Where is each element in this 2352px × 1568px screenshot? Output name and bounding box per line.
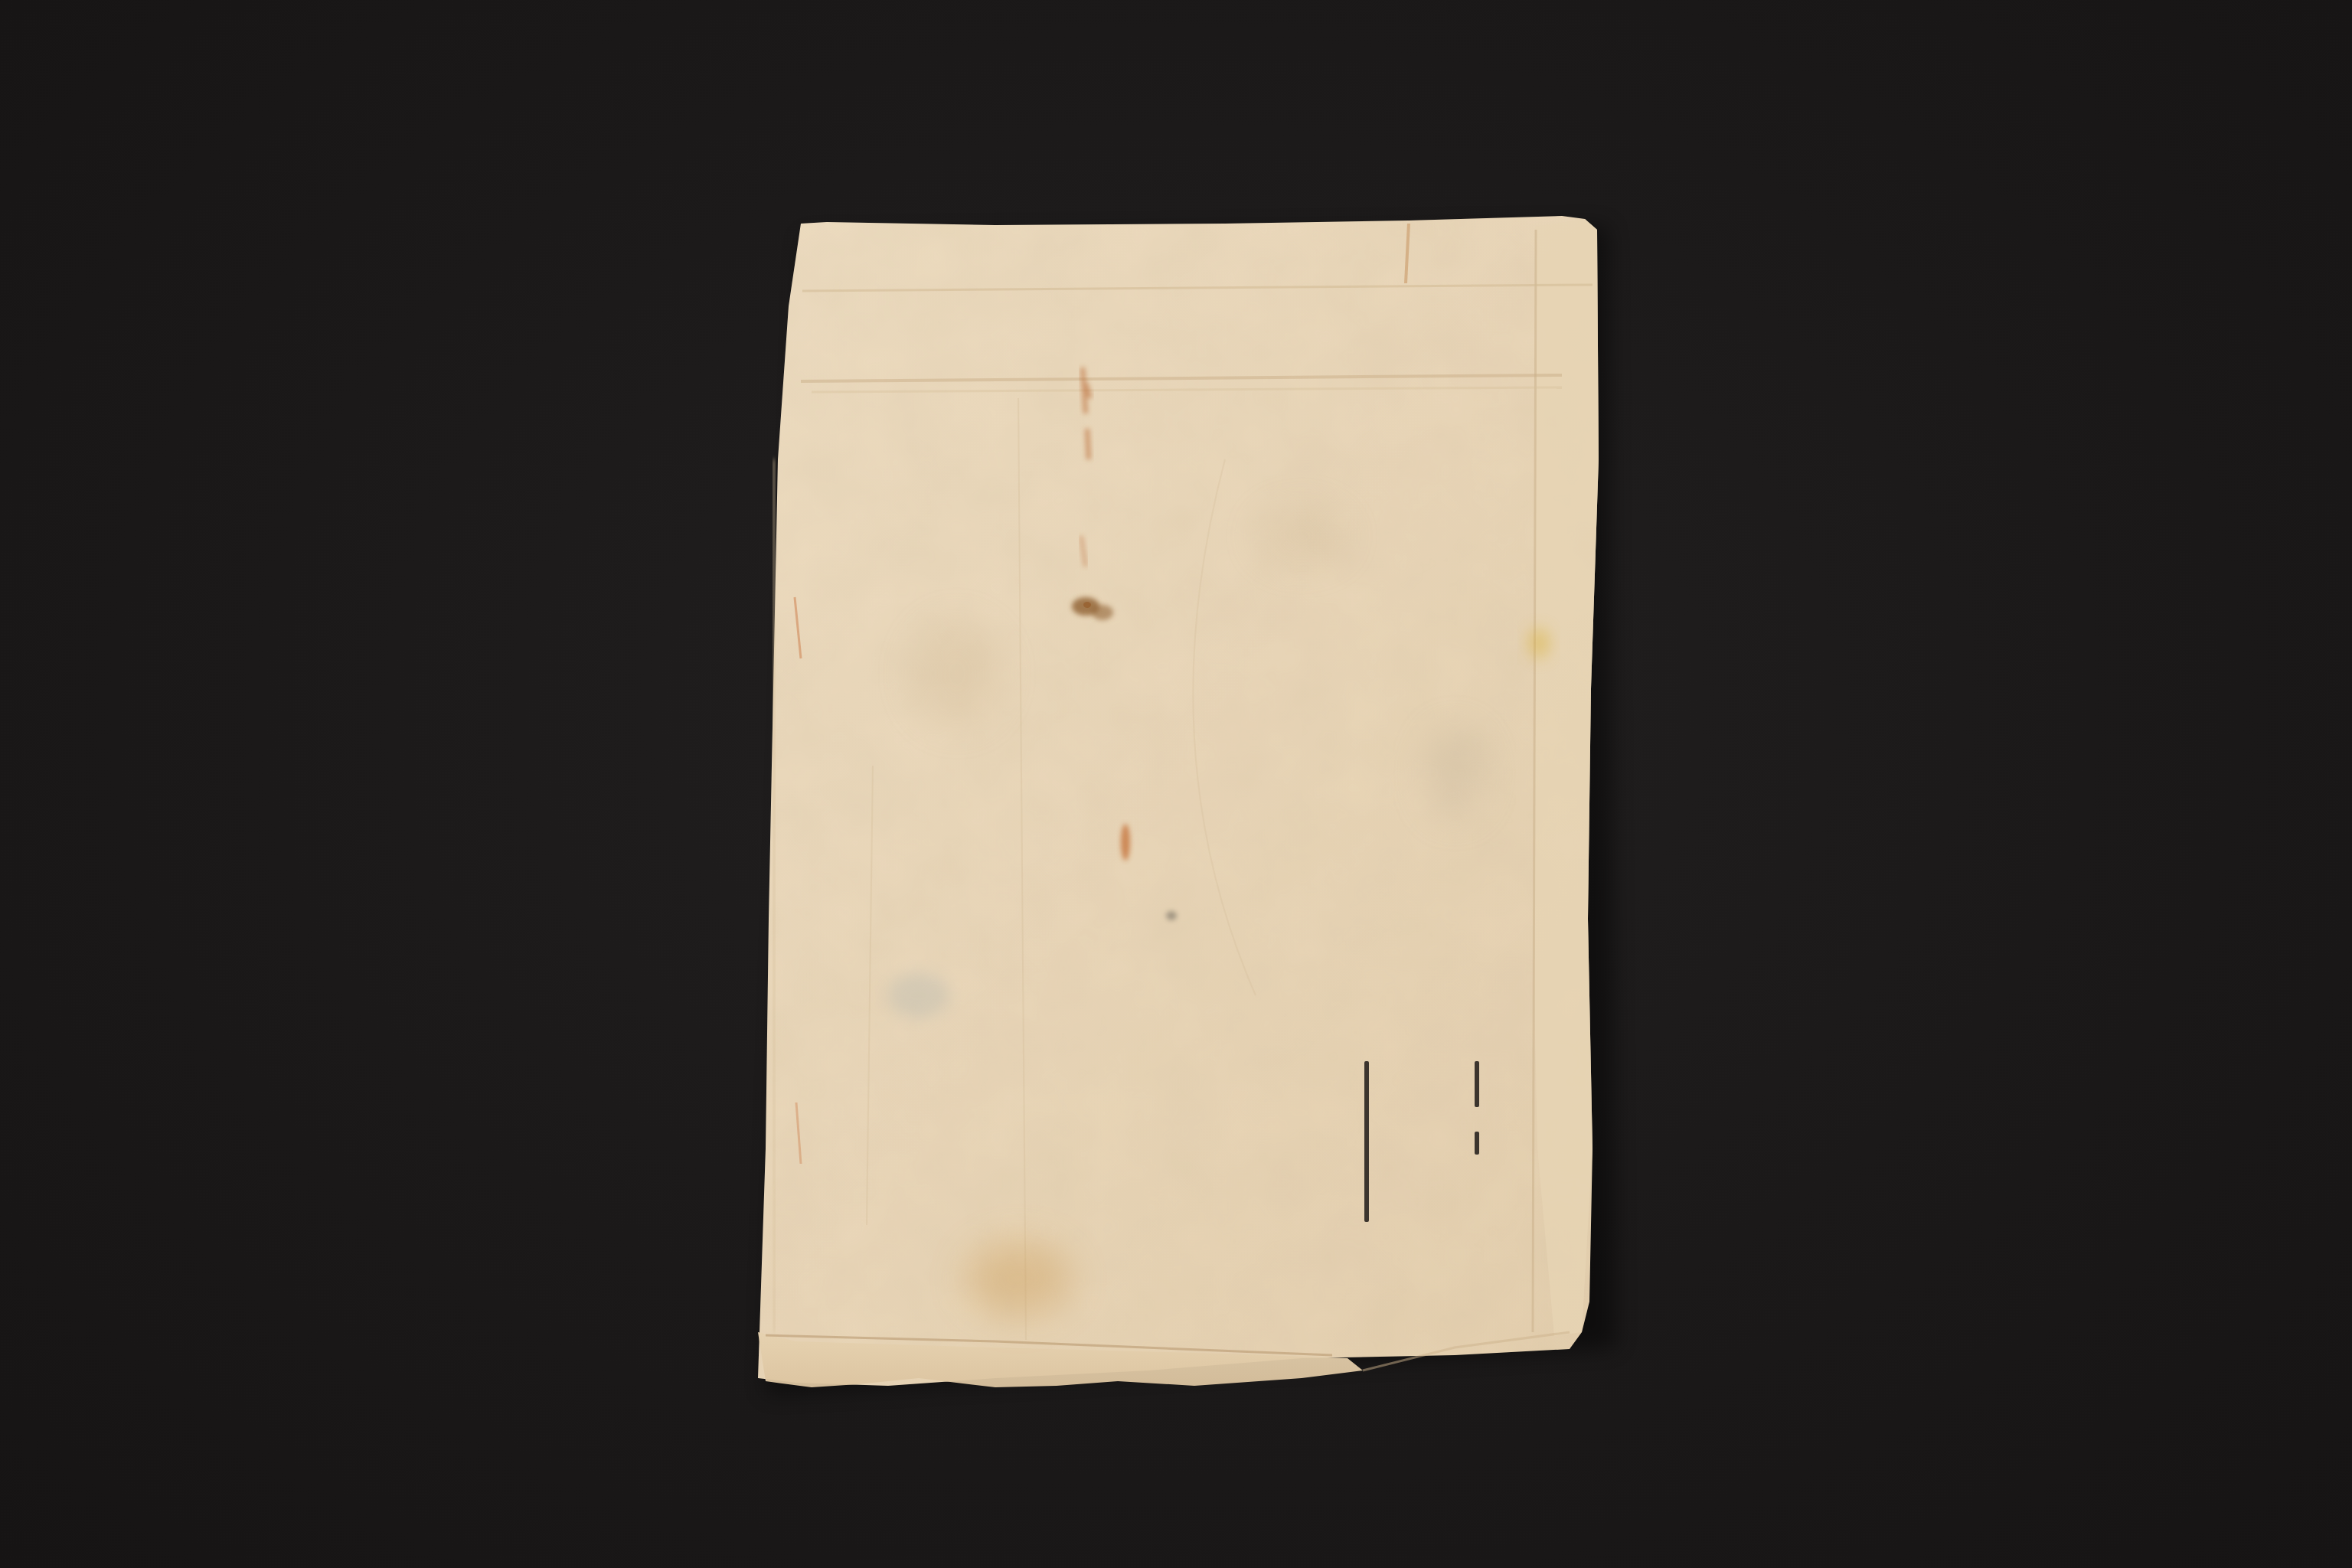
photo-scene: [0, 0, 2352, 1568]
stamp-border-left: [1364, 1061, 1369, 1222]
stamp-border-right-lower: [1475, 1132, 1479, 1155]
stamp-border-right: [1475, 1061, 1479, 1107]
paper-packet: [0, 0, 2352, 1568]
ink-stamp: [1364, 1040, 1487, 1246]
